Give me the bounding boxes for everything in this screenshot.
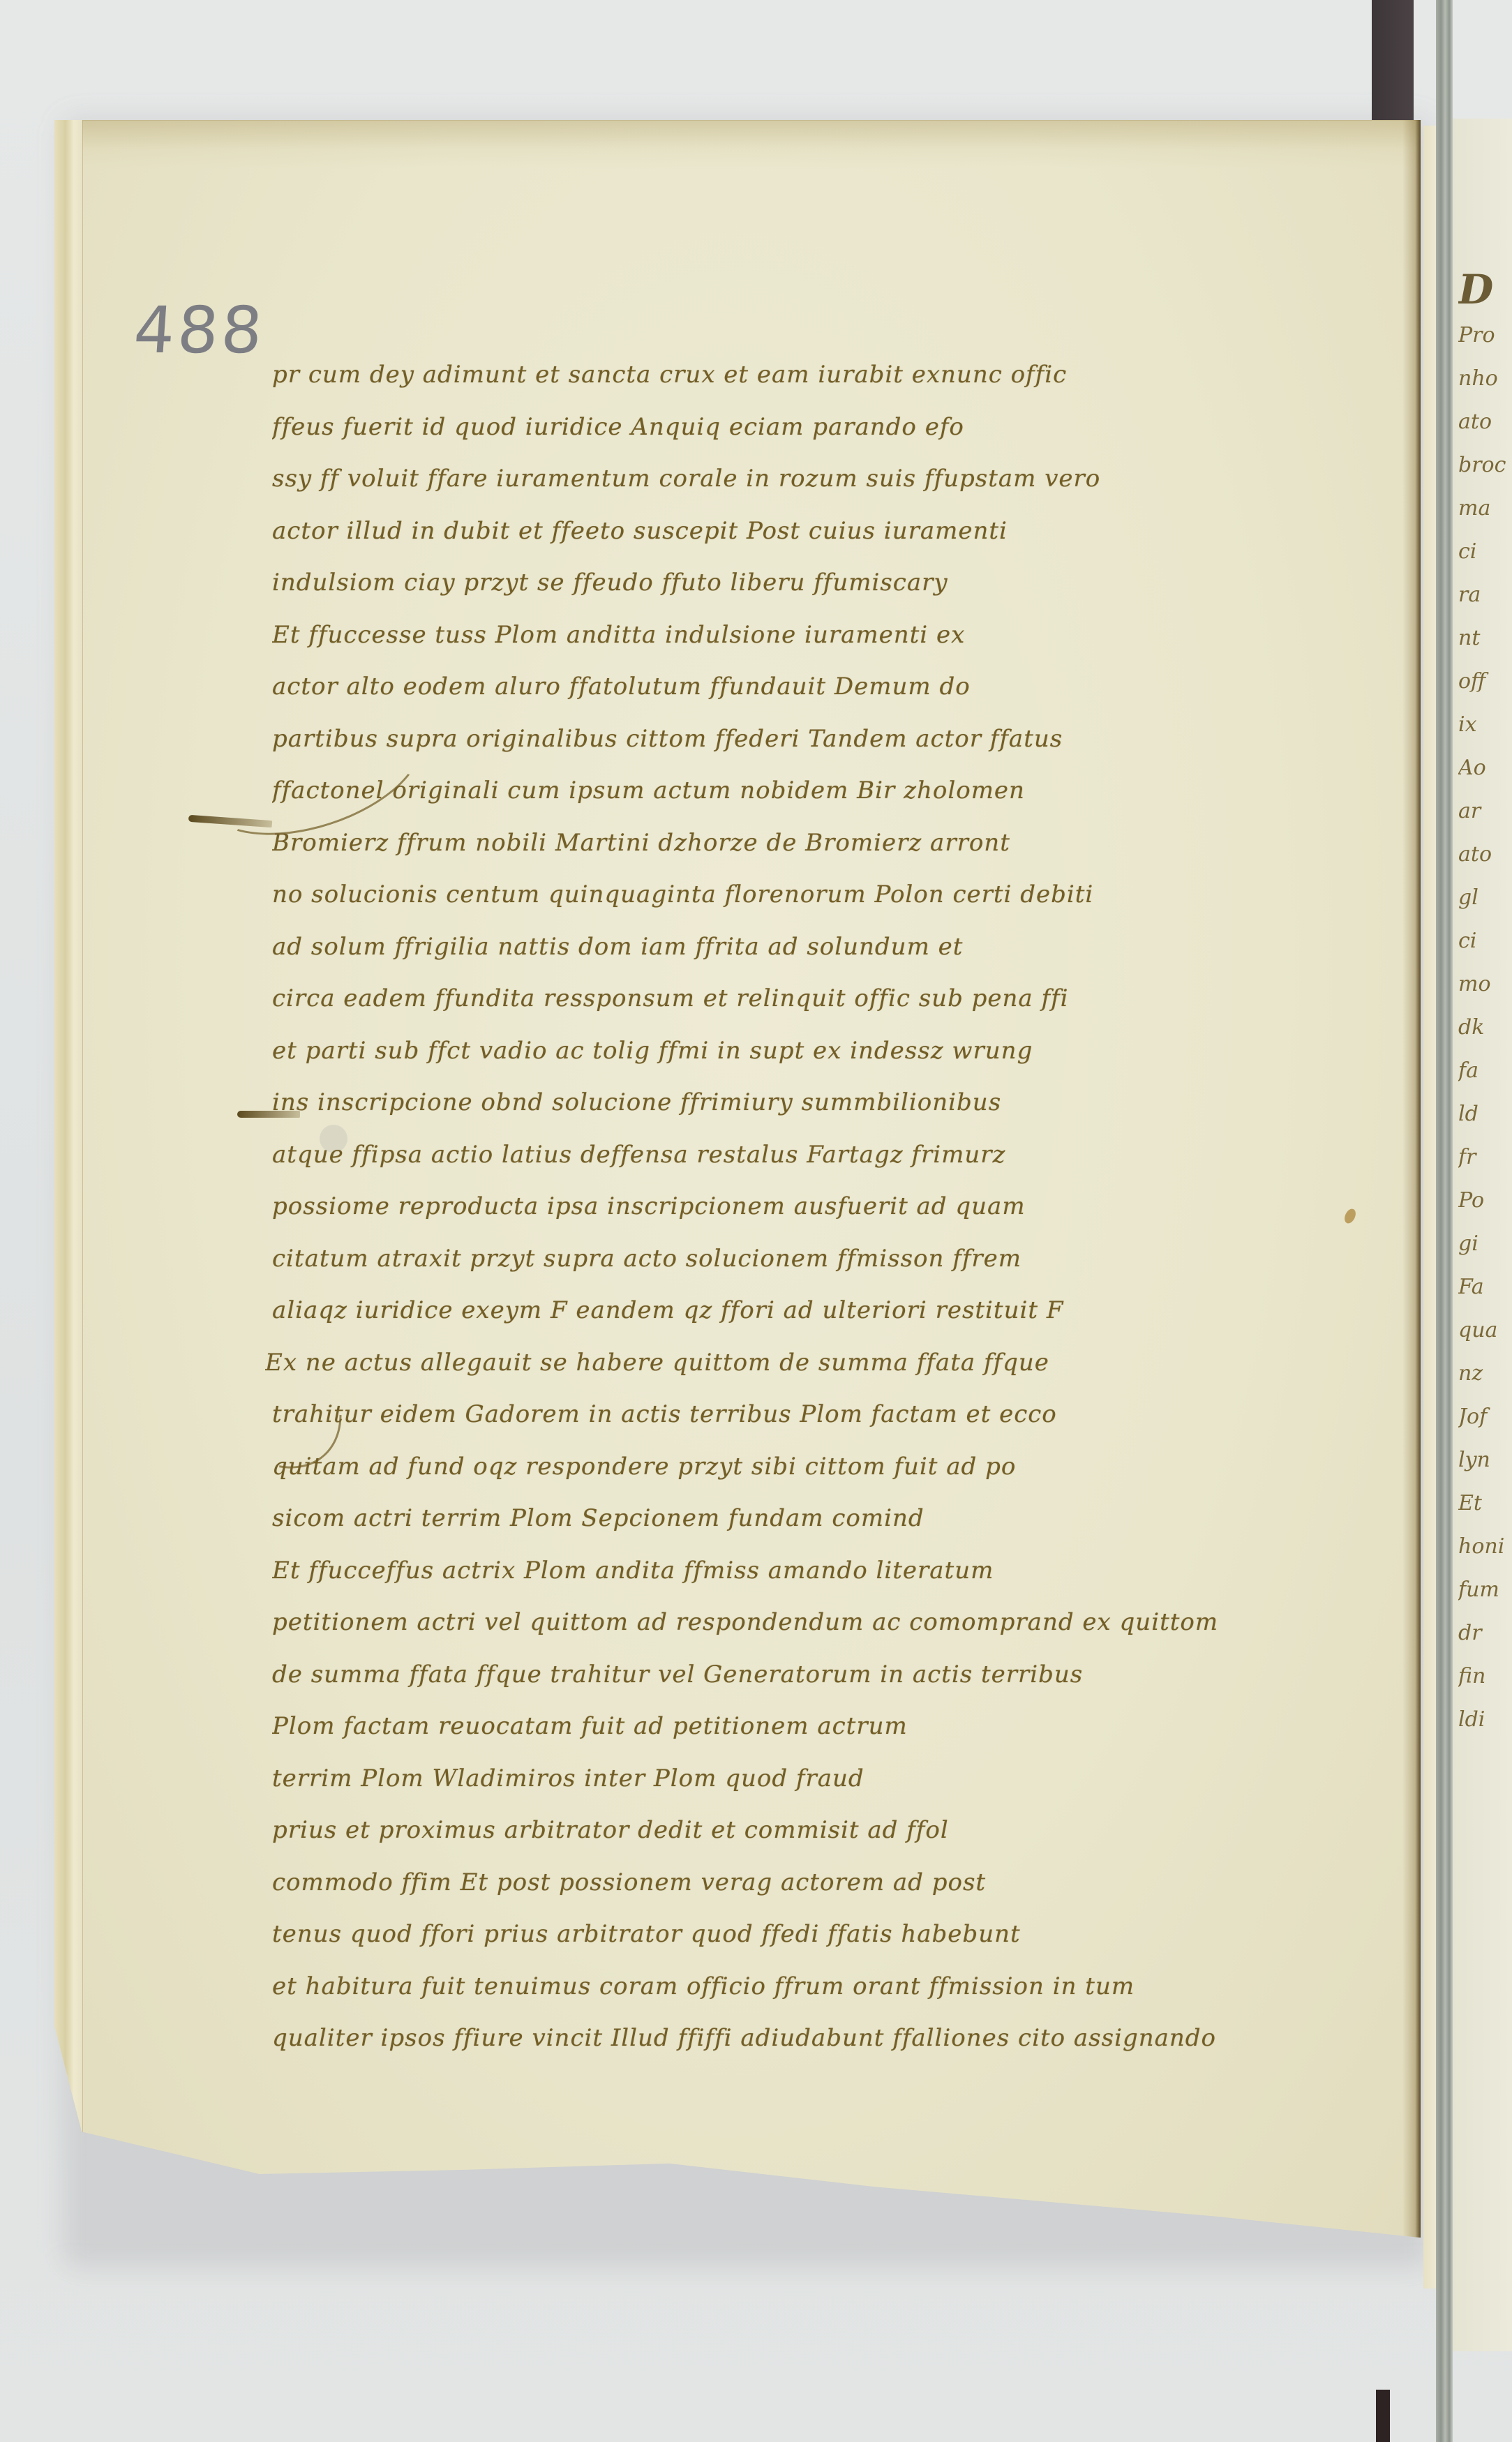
facing-fragment: ld xyxy=(1458,1093,1512,1136)
manuscript-line: no solucionis centum quinquaginta floren… xyxy=(272,869,1361,921)
facing-initial: D xyxy=(1458,265,1512,314)
facing-fragment: dk xyxy=(1458,1006,1512,1049)
manuscript-line: ad solum ffrigilia nattis dom iam ffrita… xyxy=(272,921,1361,973)
facing-fragment: honi xyxy=(1458,1525,1512,1568)
facing-fragment: fr xyxy=(1458,1136,1512,1179)
manuscript-line: commodo ffim Et post possionem verag act… xyxy=(272,1857,1361,1909)
manuscript-line: indulsiom ciay przyt se ffeudo ffuto lib… xyxy=(272,557,1361,609)
manuscript-line: Plom factam reuocatam fuit ad petitionem… xyxy=(272,1700,1361,1753)
facing-page-text: D Pro nho ato broc ma ci ra nt off ix Ao… xyxy=(1458,265,1512,1741)
manuscript-line: aliaqz iuridice exeym F eandem qz ffori … xyxy=(272,1284,1361,1337)
manuscript-line: prius et proximus arbitrator dedit et co… xyxy=(272,1804,1361,1857)
facing-fragment: gl xyxy=(1458,876,1512,920)
manuscript-line: atque ffipsa actio latius deffensa resta… xyxy=(272,1129,1361,1181)
binding-top xyxy=(1372,0,1414,133)
manuscript-line: et habitura fuit tenuimus coram officio … xyxy=(272,1961,1361,2013)
page-edge-stack xyxy=(54,120,83,2238)
facing-fragment: ra xyxy=(1458,574,1512,617)
manuscript-line: trahitur eidem Gadorem in actis terribus… xyxy=(272,1388,1361,1441)
manuscript-line: citatum atraxit przyt supra acto solucio… xyxy=(272,1233,1361,1285)
manuscript-line: ins inscripcione obnd solucione ffrimiur… xyxy=(272,1077,1361,1129)
manuscript-line: pr cum dey adimunt et sancta crux et eam… xyxy=(272,349,1361,401)
facing-fragment: Fa xyxy=(1458,1266,1512,1309)
facing-fragment: Jof xyxy=(1458,1395,1512,1439)
facing-fragment: Et xyxy=(1458,1482,1512,1525)
manuscript-line: possiome reproducta ipsa inscripcionem a… xyxy=(272,1181,1361,1233)
manuscript-line: qualiter ipsos ffiure vincit Illud ffiff… xyxy=(272,2012,1361,2065)
facing-fragment: off xyxy=(1458,660,1512,703)
manuscript-line: ffeus fuerit id quod iuridice Anquiq eci… xyxy=(272,401,1361,454)
facing-fragment: Pro xyxy=(1458,314,1512,357)
manuscript-line: et parti sub ffct vadio ac tolig ffmi in… xyxy=(272,1025,1361,1077)
facing-fragment: ldi xyxy=(1458,1698,1512,1741)
facing-fragment: fa xyxy=(1458,1049,1512,1093)
facing-fragment: qua xyxy=(1458,1309,1512,1352)
manuscript-line: ssy ff voluit ffare iuramentum corale in… xyxy=(272,453,1361,505)
facing-fragment: ma xyxy=(1458,487,1512,530)
facing-fragment: ato xyxy=(1458,833,1512,876)
facing-fragment: fum xyxy=(1458,1568,1512,1612)
facing-fragment: dr xyxy=(1458,1612,1512,1655)
page-fold-shadow xyxy=(1402,120,1421,2238)
manuscript-line: Et ffucceffus actrix Plom andita ffmiss … xyxy=(272,1545,1361,1597)
facing-fragment: fin xyxy=(1458,1655,1512,1698)
manuscript-line: petitionem actri vel quittom ad responde… xyxy=(272,1596,1361,1649)
facing-fragment: ix xyxy=(1458,703,1512,747)
gutter-strip xyxy=(1423,126,1437,2289)
manuscript-line: Bromierz ffrum nobili Martini dzhorze de… xyxy=(272,817,1361,869)
manuscript-line: tenus quod ffori prius arbitrator quod f… xyxy=(272,1908,1361,1961)
manuscript-body: pr cum dey adimunt et sancta crux et eam… xyxy=(272,349,1361,2065)
facing-fragment: Po xyxy=(1458,1179,1512,1222)
manuscript-scan: D Pro nho ato broc ma ci ra nt off ix Ao… xyxy=(0,0,1512,2442)
manuscript-line: circa eadem ffundita ressponsum et relin… xyxy=(272,973,1361,1025)
manuscript-line: de summa ffata ffque trahitur vel Genera… xyxy=(272,1649,1361,1701)
manuscript-line: Ex ne actus allegauit se habere quittom … xyxy=(265,1337,1361,1389)
facing-fragment: ci xyxy=(1458,920,1512,963)
facing-fragment: ar xyxy=(1458,790,1512,833)
facing-fragment: gi xyxy=(1458,1222,1512,1266)
facing-fragment: nt xyxy=(1458,617,1512,660)
manuscript-line: quitam ad fund oqz respondere przyt sibi… xyxy=(272,1441,1361,1493)
glass-holding-rod xyxy=(1436,0,1453,2442)
manuscript-line: partibus supra originalibus cittom ffede… xyxy=(272,713,1361,765)
facing-fragment: nho xyxy=(1458,357,1512,400)
facing-fragment: mo xyxy=(1458,963,1512,1006)
binding-bottom xyxy=(1376,2390,1390,2442)
manuscript-line: Et ffuccesse tuss Plom anditta indulsion… xyxy=(272,609,1361,661)
folio-number: 488 xyxy=(131,293,267,368)
facing-fragment: ci xyxy=(1458,530,1512,574)
facing-fragment: nz xyxy=(1458,1352,1512,1395)
facing-fragment: ato xyxy=(1458,400,1512,444)
facing-fragment: Ao xyxy=(1458,747,1512,790)
facing-fragment: broc xyxy=(1458,444,1512,487)
manuscript-line: actor illud in dubit et ffeeto suscepit … xyxy=(272,505,1361,557)
manuscript-line: terrim Plom Wladimiros inter Plom quod f… xyxy=(272,1753,1361,1805)
facing-fragment: lyn xyxy=(1458,1439,1512,1482)
manuscript-line: sicom actri terrim Plom Sepcionem fundam… xyxy=(272,1492,1361,1545)
top-edge-stain xyxy=(82,120,1421,169)
manuscript-line: ffactonel originali cum ipsum actum nobi… xyxy=(272,765,1361,817)
manuscript-line: actor alto eodem aluro ffatolutum ffunda… xyxy=(272,661,1361,713)
